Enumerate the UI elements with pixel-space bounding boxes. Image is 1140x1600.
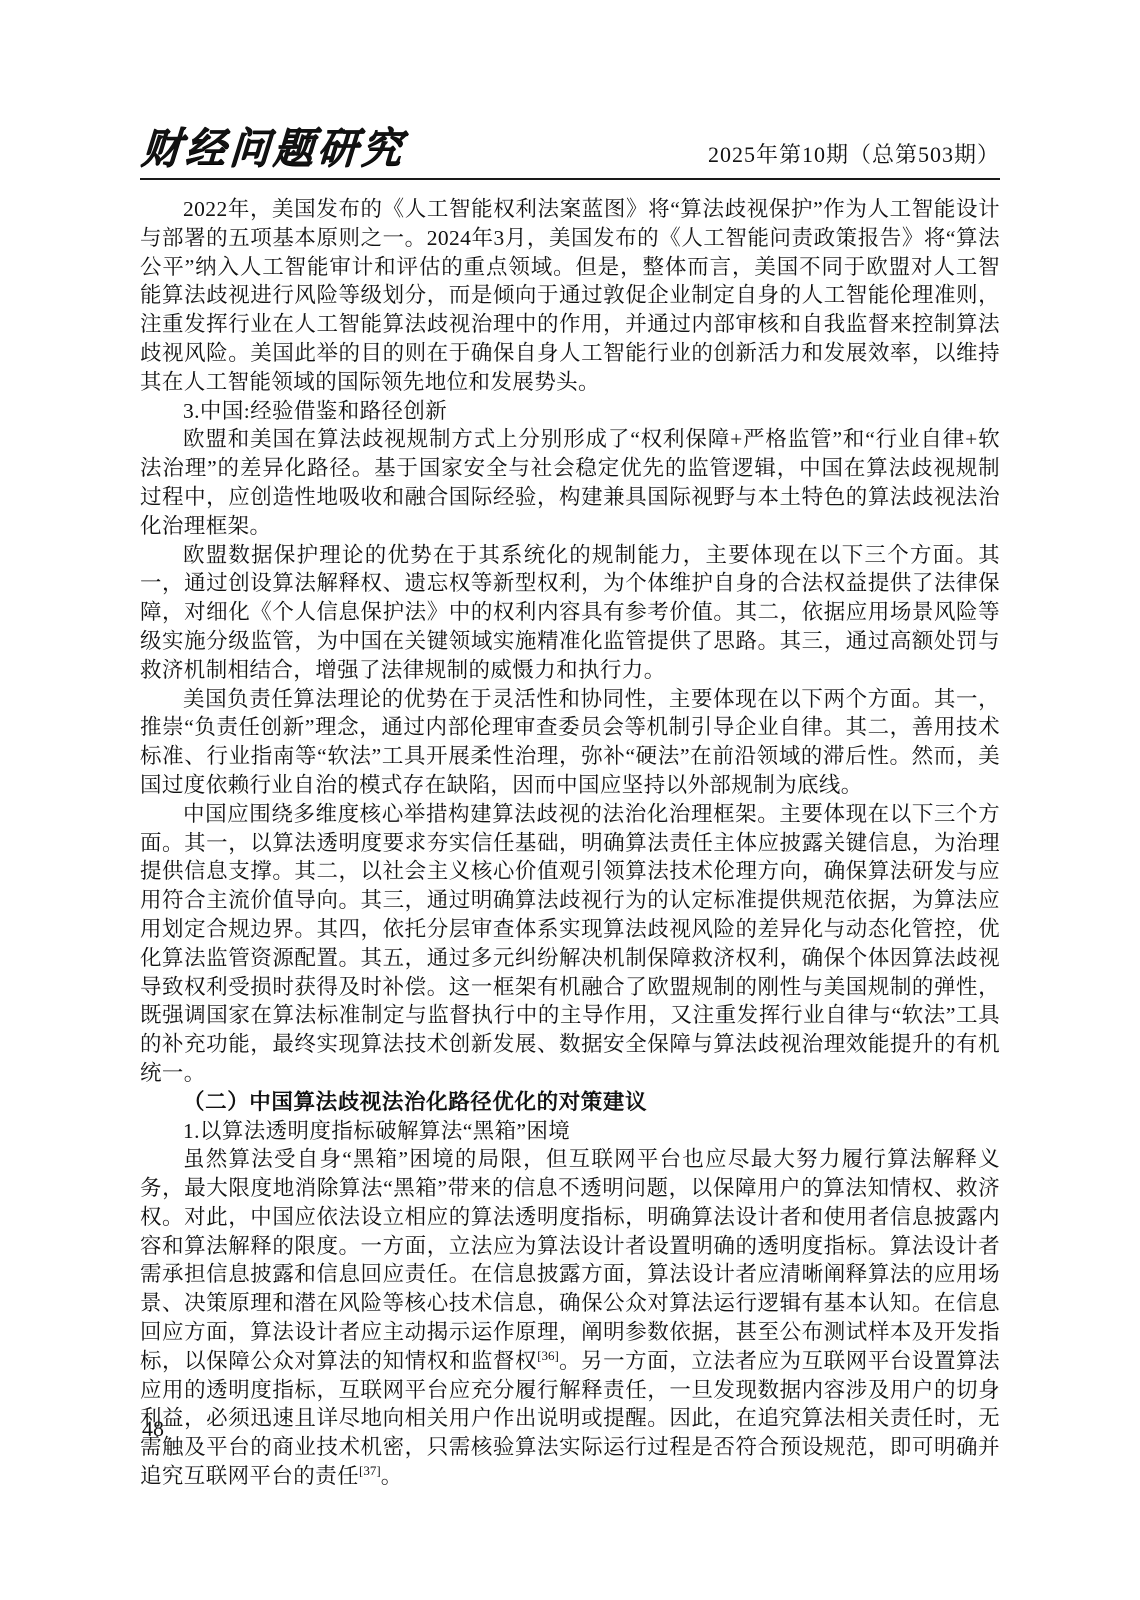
paragraph-transparency-end: 。 <box>381 1464 403 1488</box>
paragraph-us-responsible-algorithm: 美国负责任算法理论的优势在于灵活性和协同性，主要体现在以下两个方面。其一，推崇“… <box>140 685 1000 800</box>
citation-ref-37: [37] <box>359 1463 381 1478</box>
citation-ref-36: [36] <box>537 1348 559 1363</box>
journal-logo: 财经问题研究 <box>140 128 407 170</box>
paragraph-us-2022: 2022年，美国发布的《人工智能权利法案蓝图》将“算法歧视保护”作为人工智能设计… <box>140 195 1000 397</box>
journal-page: 财经问题研究 2025年第10期（总第503期） 2022年，美国发布的《人工智… <box>0 0 1140 1600</box>
issue-info: 2025年第10期（总第503期） <box>708 140 1000 170</box>
heading-countermeasures: （二）中国算法歧视法治化路径优化的对策建议 <box>140 1088 1000 1117</box>
paragraph-china-framework: 中国应围绕多维度核心举措构建算法歧视的法治化治理框架。主要体现在以下三个方面。其… <box>140 800 1000 1088</box>
heading-transparency-index: 1.以算法透明度指标破解算法“黑箱”困境 <box>140 1117 1000 1146</box>
article-body: 2022年，美国发布的《人工智能权利法案蓝图》将“算法歧视保护”作为人工智能设计… <box>140 195 1000 1491</box>
paragraph-eu-us-paths: 欧盟和美国在算法歧视规制方式上分别形成了“权利保障+严格监管”和“行业自律+软法… <box>140 425 1000 540</box>
page-number: 48 <box>142 1416 164 1442</box>
paragraph-eu-data-protection: 欧盟数据保护理论的优势在于其系统化的规制能力，主要体现在以下三个方面。其一，通过… <box>140 541 1000 685</box>
page-header: 财经问题研究 2025年第10期（总第503期） <box>140 130 1000 180</box>
paragraph-transparency: 虽然算法受自身“黑箱”困境的局限，但互联网平台也应尽最大努力履行算法解释义务，最… <box>140 1145 1000 1491</box>
paragraph-transparency-part1: 虽然算法受自身“黑箱”困境的局限，但互联网平台也应尽最大努力履行算法解释义务，最… <box>140 1147 1000 1373</box>
heading-china-experience: 3.中国:经验借鉴和路径创新 <box>140 397 1000 426</box>
